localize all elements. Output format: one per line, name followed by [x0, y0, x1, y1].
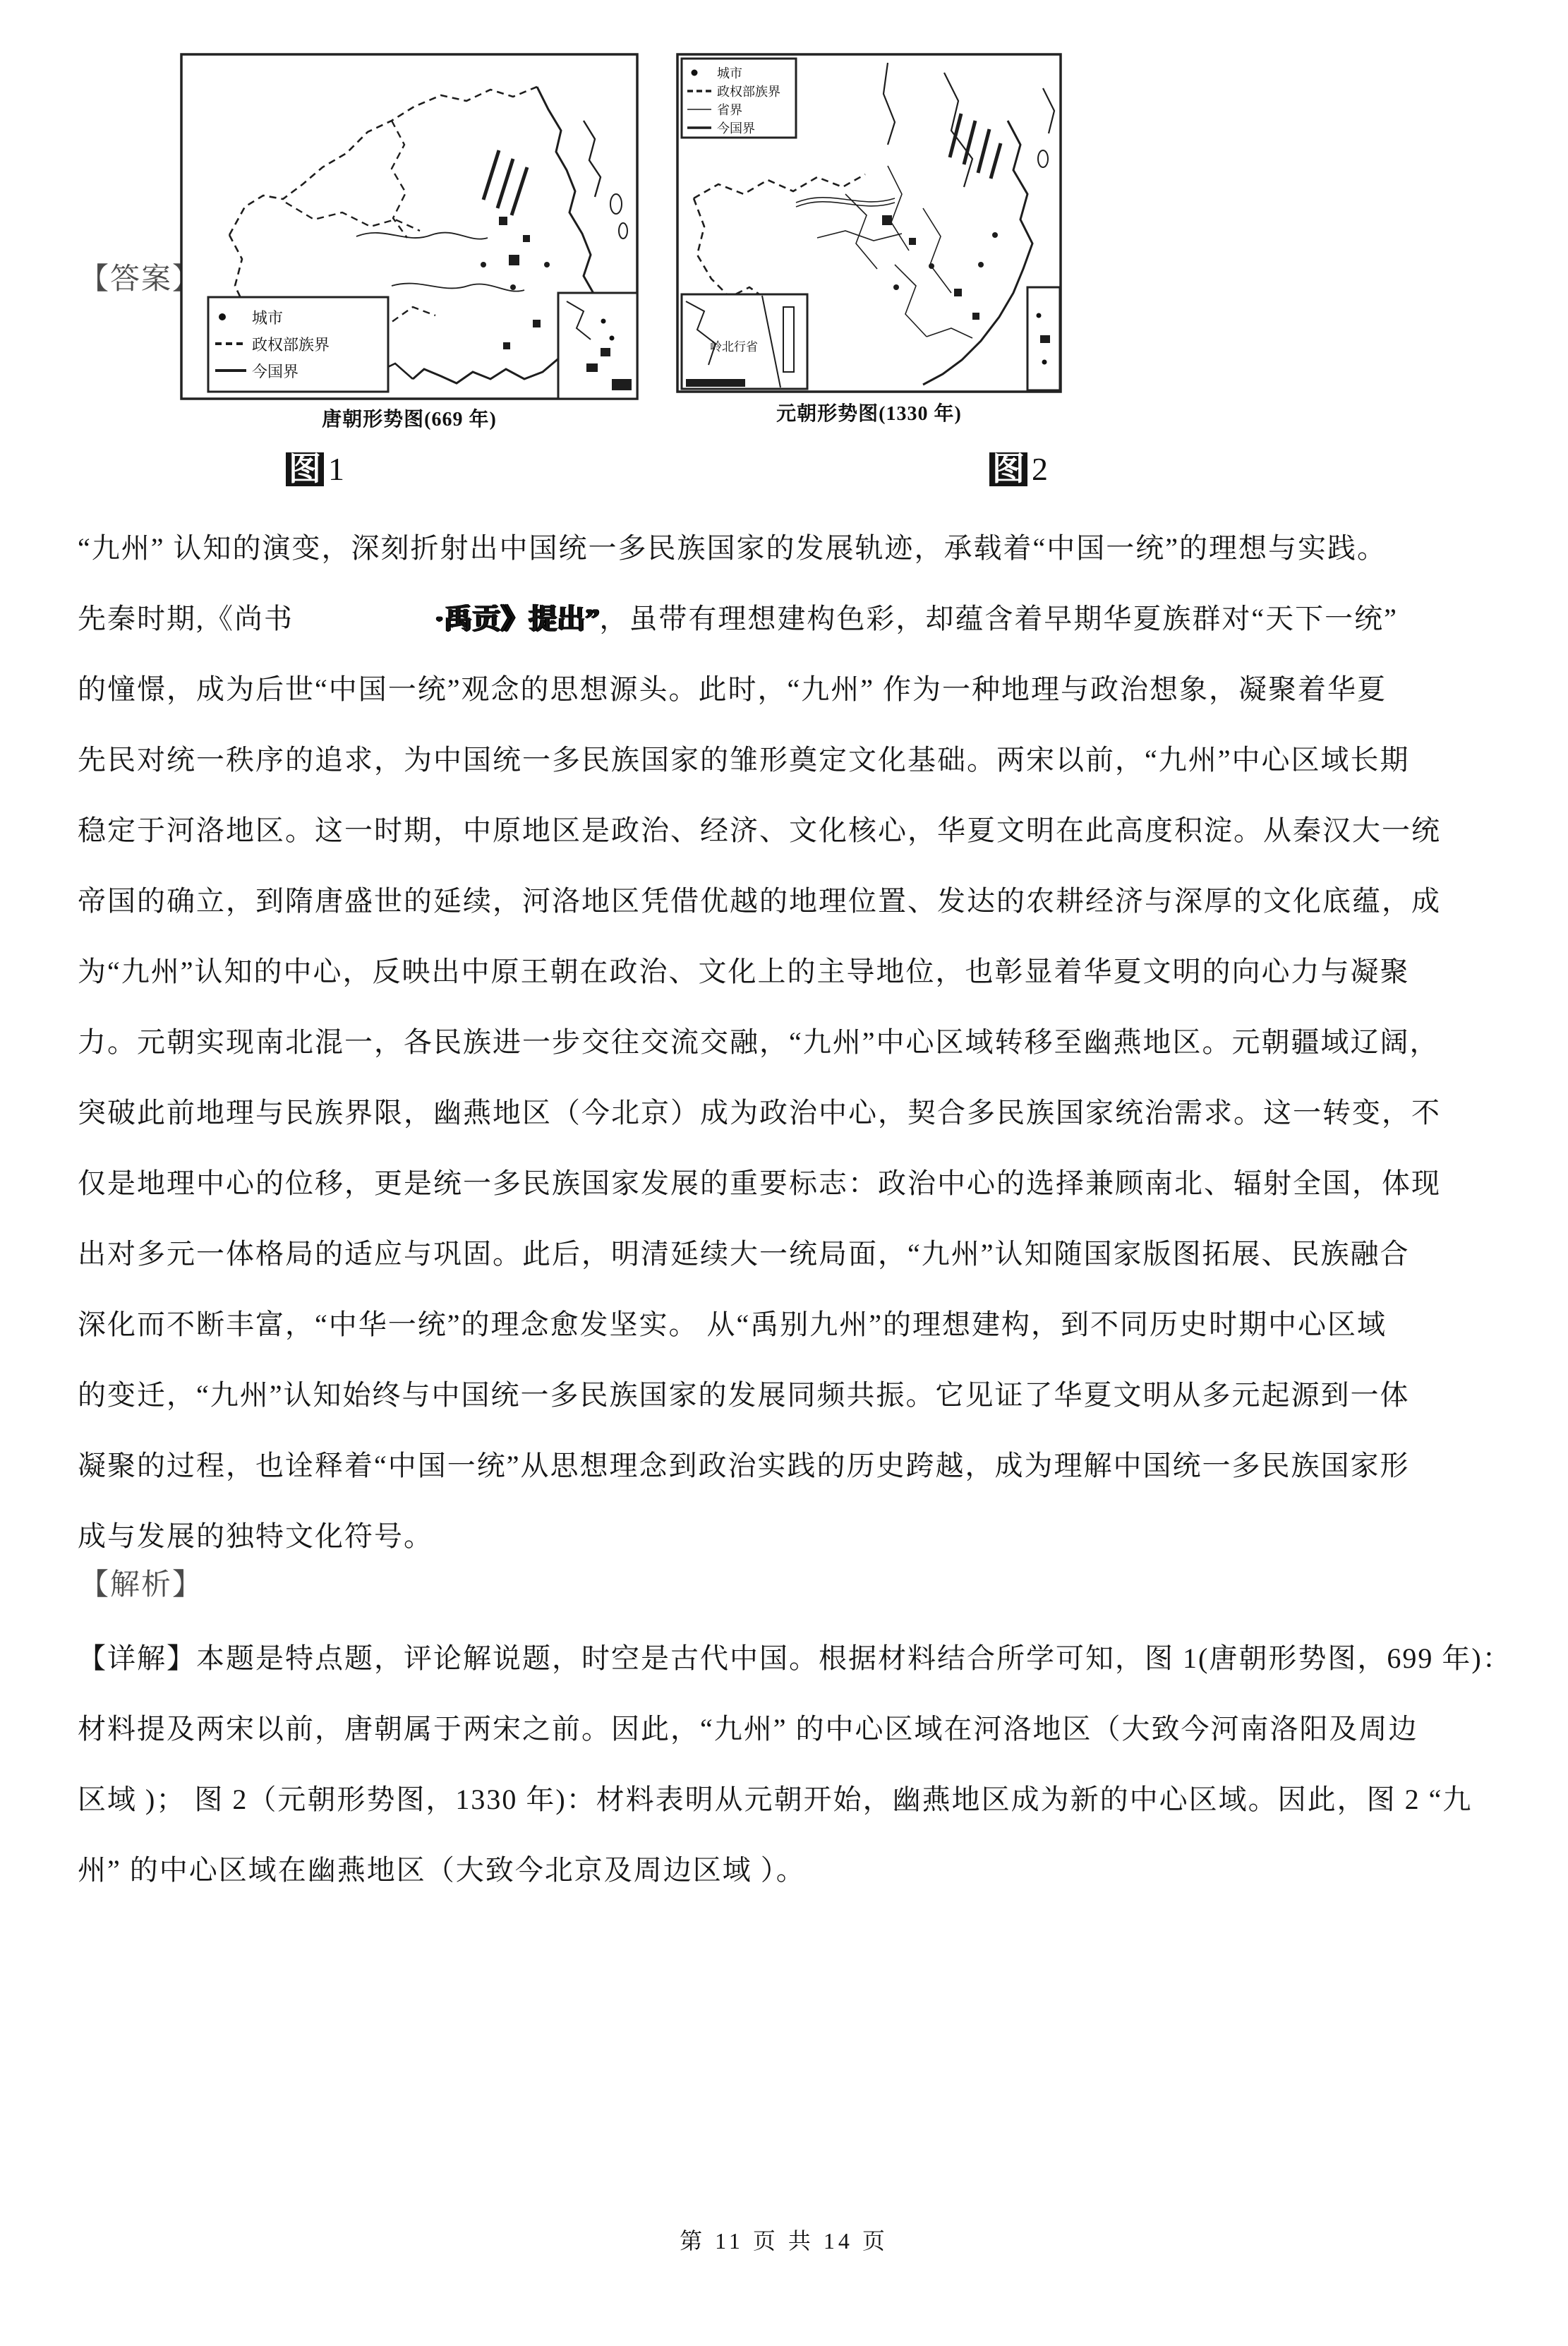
- detail-text-line: 区域 )； 图 2（元朝形势图，1330 年)：材料表明从元朝开始，幽燕地区成为…: [78, 1777, 1497, 1817]
- map-figure-1: 城市 政权部族界 今国界: [180, 53, 639, 400]
- map2-caption: 元朝形势图(1330 年): [676, 398, 1062, 426]
- answer-text-line: 成与发展的独特文化符号。: [78, 1514, 1497, 1554]
- figure-2-label: 图2: [989, 450, 1048, 488]
- map2-legend-border-label: 今国界: [717, 121, 755, 136]
- map2-north-inset: 岭北行省: [682, 294, 807, 389]
- figure-2-label-char: 图: [989, 452, 1027, 486]
- answer-text-line: 稳定于河洛地区。这一时期，中原地区是政治、经济、文化核心，华夏文明在此高度积淀。…: [78, 808, 1497, 848]
- yuan-map-svg: 城市 政权部族界 省界 今国界 岭北行省: [676, 53, 1062, 393]
- map1-legend-border-label: 今国界: [252, 363, 298, 380]
- map2-legend: 城市 政权部族界 省界 今国界: [682, 59, 796, 138]
- figure-1-label-number: 1: [324, 451, 344, 487]
- map1-sea-inset: [558, 293, 637, 399]
- page-footer: 第 11 页 共 14 页: [0, 2223, 1568, 2256]
- answer-text-line-overprint: 先秦时期,《尚书·禹贡》提出”，虽带有理想建构色彩，却蕴含着早期华夏族群对“天下…: [78, 596, 1497, 637]
- figure-2-label-number: 2: [1027, 451, 1048, 487]
- map2-inset-scale-mark: [686, 379, 745, 387]
- answer-text-line: 为“九州”认知的中心，反映出中原王朝在政治、文化上的主导地位，也彰显着华夏文明的…: [78, 949, 1497, 989]
- answer-text-line: “九州” 认知的演变，深刻折射出中国统一多民族国家的发展轨迹，承载着“中国一统”…: [78, 526, 1497, 566]
- answer-text-line: 出对多元一体格局的适应与巩固。此后，明清延续大一统局面，“九州”认知随国家版图拓…: [78, 1232, 1497, 1272]
- map2-legend-boundary-label: 政权部族界: [717, 85, 780, 99]
- map2-legend-city-label: 城市: [717, 66, 742, 80]
- map2-sea-inset: [1027, 287, 1060, 390]
- detail-line-text: 本题是特点题，评论解说题，时空是古代中国。根据材料结合所学可知，图 1(唐朝形势…: [196, 1642, 1512, 1674]
- map2-legend-province-label: 省界: [717, 103, 742, 117]
- map1-legend: 城市 政权部族界 今国界: [208, 297, 388, 392]
- map2-inset-label: 岭北行省: [710, 340, 758, 354]
- detail-text-line: 【详解】本题是特点题，评论解说题，时空是古代中国。根据材料结合所学可知，图 1(…: [78, 1636, 1497, 1676]
- answer-text-line: 仅是地理中心的位移，更是统一多民族国家发展的重要标志：政治中心的选择兼顾南北、辐…: [78, 1161, 1497, 1201]
- tang-map-svg: 城市 政权部族界 今国界: [180, 53, 639, 400]
- map1-legend-city-label: 城市: [252, 309, 283, 327]
- answer-text-line: 力。元朝实现南北混一，各民族进一步交往交流交融，“九州”中心区域转移至幽燕地区。…: [78, 1020, 1497, 1060]
- map2-legend-city-symbol: [692, 70, 698, 76]
- answer-text-line: 的憧憬，成为后世“中国一统”观念的思想源头。此时，“九州” 作为一种地理与政治想…: [78, 667, 1497, 707]
- map1-inset-scale-mark: [612, 379, 632, 390]
- answer-line2-rest: ，虽带有理想建构色彩，却蕴含着早期华夏族群对“天下一统”: [599, 603, 1398, 634]
- answer-text-line: 帝国的确立，到隋唐盛世的延续，河洛地区凭借优越的地理位置、发达的农耕经济与深厚的…: [78, 879, 1497, 919]
- analysis-label: 【解析】: [79, 1561, 203, 1604]
- detail-text-line: 州” 的中心区域在幽燕地区（大致今北京及周边区域 ）。: [78, 1848, 1497, 1888]
- answer-text-line: 深化而不断丰富，“中华一统”的理念愈发坚实。 从“禹别九州”的理想建构，到不同历…: [78, 1302, 1497, 1342]
- map-figure-2: 城市 政权部族界 省界 今国界 岭北行省: [676, 53, 1062, 393]
- answer-text-line: 凝聚的过程，也诠释着“中国一统”从思想理念到政治实践的历史跨越，成为理解中国统一…: [78, 1443, 1497, 1484]
- figure-1-label: 图1: [286, 450, 344, 488]
- answer-line2-overprint: ·禹贡》提出”: [435, 603, 599, 634]
- detail-text-line: 材料提及两宋以前，唐朝属于两宋之前。因此，“九州” 的中心区域在河洛地区（大致今…: [78, 1707, 1497, 1747]
- answer-line2-prefix: 先秦时期,《尚书: [78, 603, 294, 634]
- map1-legend-city-symbol: [219, 313, 226, 320]
- figure-1-label-char: 图: [286, 452, 324, 486]
- answer-text-line: 先民对统一秩序的追求，为中国统一多民族国家的雏形奠定文化基础。两宋以前，“九州”…: [78, 738, 1497, 778]
- answer-text-line: 突破此前地理与民族界限，幽燕地区（今北京）成为政治中心，契合多民族国家统治需求。…: [78, 1090, 1497, 1131]
- document-page: 【答案】: [0, 0, 1568, 2346]
- map1-caption: 唐朝形势图(669 年): [180, 404, 639, 432]
- map1-legend-boundary-label: 政权部族界: [252, 336, 330, 354]
- detail-label: 【详解】: [78, 1642, 196, 1674]
- answer-text-line: 的变迁，“九州”认知始终与中国统一多民族国家的发展同频共振。它见证了华夏文明从多…: [78, 1373, 1497, 1413]
